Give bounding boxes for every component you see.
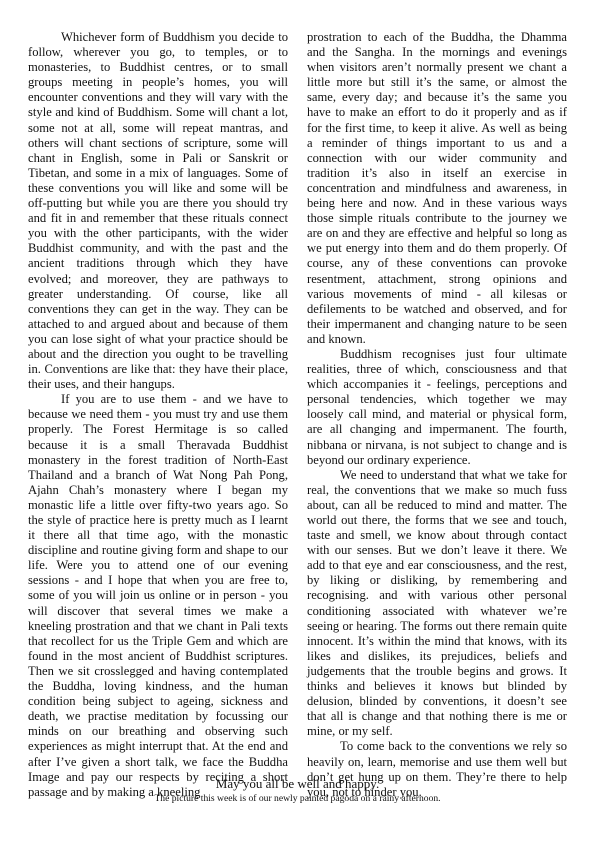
- paragraph-forest-hermitage: If you are to use them - and we have to …: [28, 392, 288, 800]
- paragraph-prostration-continued: prostration to each of the Buddha, the D…: [307, 30, 567, 347]
- paragraph-four-ultimate-realities: Buddhism recognises just four ultimate r…: [307, 347, 567, 468]
- closing-blessing: May you all be well and happy.: [0, 776, 595, 792]
- paragraph-mind-and-matter: We need to understand that what we take …: [307, 468, 567, 740]
- paragraph-conventions-intro: Whichever form of Buddhism you decide to…: [28, 30, 288, 392]
- left-column: Whichever form of Buddhism you decide to…: [28, 30, 288, 800]
- right-column: prostration to each of the Buddha, the D…: [307, 30, 567, 800]
- document-page: Whichever form of Buddhism you decide to…: [0, 0, 595, 842]
- picture-caption: The picture this week is of our newly pa…: [0, 793, 595, 804]
